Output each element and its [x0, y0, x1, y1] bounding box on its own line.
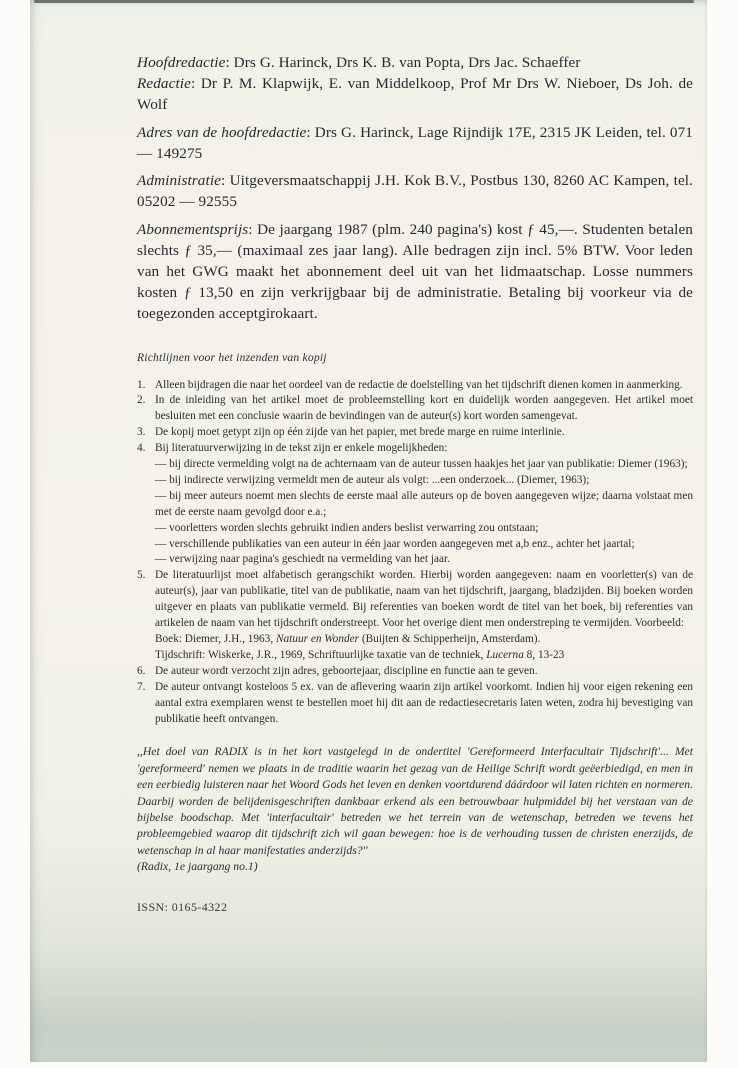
masthead-entry-label: Abonnementsprijs — [137, 221, 248, 238]
guideline-subitem: — bij indirecte verwijzing vermeldt men … — [155, 473, 693, 489]
masthead-entry-label: Adres van de hoofdredactie — [137, 124, 306, 141]
masthead-entry: Redactie: Dr P. M. Klapwijk, E. van Midd… — [137, 73, 693, 115]
guideline-number: 7. — [137, 680, 155, 728]
masthead-entry-label: Hoofdredactie — [137, 54, 225, 71]
guideline-item: 6.De auteur wordt verzocht zijn adres, g… — [137, 664, 693, 680]
guideline-subitem: — verschillende publikaties van een aute… — [155, 537, 693, 553]
guideline-text: Alleen bijdragen die naar het oordeel va… — [155, 378, 693, 394]
guideline-number: 6. — [137, 664, 155, 680]
masthead-entry: Hoofdredactie: Drs G. Harinck, Drs K. B.… — [137, 52, 693, 73]
guideline-item: 2.In de inleiding van het artikel moet d… — [137, 393, 693, 425]
guideline-text: De literatuurlijst moet alfabetisch gera… — [155, 568, 693, 632]
guideline-subitem: — bij directe vermelding volgt na de ach… — [155, 457, 693, 473]
guideline-text: Bij literatuurverwijzing in de tekst zij… — [155, 441, 693, 457]
issn-line: ISSN: 0165-4322 — [137, 900, 693, 915]
quote-attribution: (Radix, 1e jaargang no.1) — [137, 859, 693, 875]
guideline-subitem: — bij meer auteurs noemt men slechts de … — [155, 489, 693, 521]
guideline-item: 7.De auteur ontvangt kosteloos 5 ex. van… — [137, 680, 693, 728]
mission-quote: ,,Het doel van RADIX is in het kort vast… — [137, 744, 693, 875]
masthead-entry-text: : Uitgeversmaatschappij J.H. Kok B.V., P… — [137, 172, 693, 210]
guideline-item: 1.Alleen bijdragen die naar het oordeel … — [137, 378, 693, 394]
scanned-page: Hoofdredactie: Drs G. Harinck, Drs K. B.… — [30, 0, 707, 1062]
guideline-item: 4.Bij literatuurverwijzing in de tekst z… — [137, 441, 693, 568]
guideline-subitem: — verwijzing naar pagina's geschiedt na … — [155, 552, 693, 568]
guideline-text: De auteur ontvangt kosteloos 5 ex. van d… — [155, 680, 693, 728]
guideline-number: 4. — [137, 441, 155, 568]
guideline-number: 5. — [137, 568, 155, 663]
guideline-item: 5.De literatuurlijst moet alfabetisch ge… — [137, 568, 693, 663]
guideline-text: In de inleiding van het artikel moet de … — [155, 393, 693, 425]
guideline-text: De auteur wordt verzocht zijn adres, geb… — [155, 664, 693, 680]
guideline-example: Tijdschrift: Wiskerke, J.R., 1969, Schri… — [155, 648, 693, 664]
masthead-entry-text: : Dr P. M. Klapwijk, E. van Middelkoop, … — [137, 75, 693, 113]
masthead-entry: Adres van de hoofdredactie: Drs G. Harin… — [137, 122, 693, 164]
masthead-entry: Administratie: Uitgeversmaatschappij J.H… — [137, 170, 693, 212]
masthead-entry-label: Redactie — [137, 75, 191, 92]
guideline-example: Boek: Diemer, J.H., 1963, Natuur en Wond… — [155, 632, 693, 648]
guideline-text: De kopij moet getypt zijn op één zijde v… — [155, 425, 693, 441]
masthead-entry-text: : Drs G. Harinck, Drs K. B. van Popta, D… — [225, 54, 580, 71]
masthead-section: Hoofdredactie: Drs G. Harinck, Drs K. B.… — [137, 52, 693, 324]
masthead-entry: Abonnementsprijs: De jaargang 1987 (plm.… — [137, 219, 693, 324]
guidelines-list: 1.Alleen bijdragen die naar het oordeel … — [137, 378, 693, 728]
masthead-entry-label: Administratie — [137, 172, 221, 189]
scan-top-edge — [34, 0, 694, 3]
guidelines-heading: Richtlijnen voor het inzenden van kopij — [137, 350, 693, 365]
page-content: Hoofdredactie: Drs G. Harinck, Drs K. B.… — [137, 52, 693, 915]
quote-text: ,,Het doel van RADIX is in het kort vast… — [137, 744, 693, 859]
guideline-item: 3.De kopij moet getypt zijn op één zijde… — [137, 425, 693, 441]
guideline-subitem: — voorletters worden slechts gebruikt in… — [155, 521, 693, 537]
guideline-number: 2. — [137, 393, 155, 425]
guideline-number: 1. — [137, 378, 155, 394]
guideline-number: 3. — [137, 425, 155, 441]
